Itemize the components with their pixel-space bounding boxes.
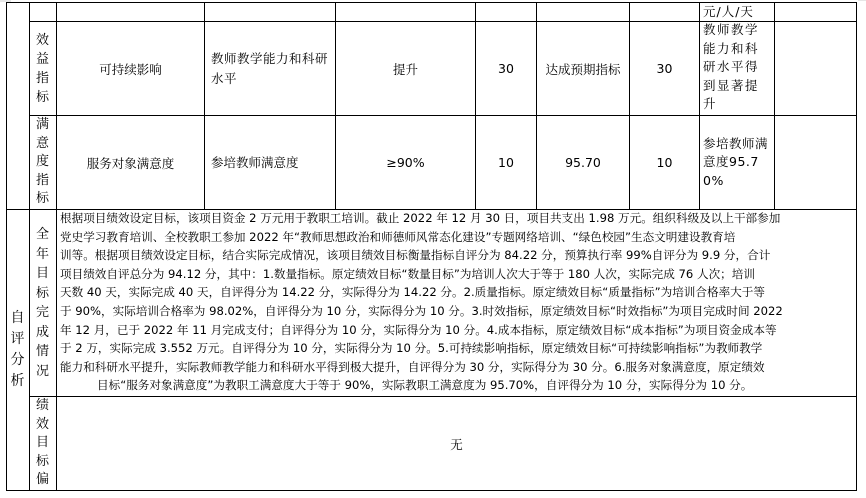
weight-cell: 30: [476, 22, 536, 115]
target-value-cell: ≥90%: [336, 116, 475, 209]
label-char: 情: [36, 342, 49, 362]
label-char: 目: [36, 434, 49, 453]
secondary-indicator-cell: 服务对象满意度: [57, 116, 204, 209]
page-corner-mark: [858, 0, 866, 1]
label-char: 分: [11, 350, 25, 371]
label-char: 标: [36, 453, 49, 472]
text-line: 于 2 万，实际完成 3.552 万元。自评得分为 10 分，实际得分为 10 …: [60, 339, 855, 358]
tertiary-indicator-cell: 参培教师满意度: [205, 116, 335, 209]
label-char: 况: [36, 362, 49, 382]
grid-line: [774, 2, 775, 209]
deviation-text: 无: [57, 397, 856, 490]
text-line: 天数 40 天，实际完成 40 天，自评得分为 14.22 分，实际得分为 14…: [60, 283, 855, 302]
label-char: 评: [11, 329, 25, 350]
text-line: 根据项目绩效设定目标，该项目资金 2 万元用于教职工培训。截止 2022 年 1…: [60, 209, 855, 228]
target-value-cell: 提升: [336, 22, 475, 115]
label-char: 全: [36, 225, 49, 245]
deviation-label: 绩 效 目 标 偏: [29, 397, 56, 490]
text-line: 于 90%，实际培训合格率为 98.02%，自评得分为 10 分，实际得分为 1…: [60, 302, 855, 321]
text-line: 项目绩效自评总分为 94.12 分，其中：1.数量指标。原定绩效目标“数量目标”…: [60, 265, 855, 284]
label-char: 标: [36, 284, 49, 304]
label-char: 成: [36, 323, 49, 343]
text-line: 目标“服务对象满意度”为教职工满意度大于等于 90%，实际教职工满意度为 95.…: [60, 376, 855, 395]
label-char: 完: [36, 303, 49, 323]
label-char: 绩: [36, 397, 49, 416]
label-char: 析: [11, 371, 25, 392]
secondary-indicator-cell: 可持续影响: [57, 22, 204, 115]
label-char: 标: [36, 190, 49, 209]
satisfaction-indicator-label: 满 意 度 指 标: [29, 116, 56, 209]
annual-completion-text: 根据项目绩效设定目标，该项目资金 2 万元用于教职工培训。截止 2022 年 1…: [60, 209, 855, 396]
remark-cell: 教师教学能力和科研水平得到显著提升: [703, 21, 771, 115]
label-char: 指: [36, 172, 49, 191]
label-char: 标: [36, 88, 49, 107]
text-line: 党史学习教育培训、全校教职工参加 2022 年“教师思想政治和师德师风常态化建设…: [60, 228, 855, 247]
label-char: 指: [36, 69, 49, 88]
grid-line: [856, 2, 857, 491]
actual-value-cell: 95.70: [537, 116, 629, 209]
text-line: 训等。根据项目绩效设定目标，结合实际完成情况，该项目绩效目标衡量指标自评分为 8…: [60, 246, 855, 265]
remark-cell-top: 元/人/天: [703, 3, 773, 21]
label-char: 年: [36, 245, 49, 265]
label-char: 益: [36, 50, 49, 69]
label-char: 偏: [36, 471, 49, 490]
grid-line: [6, 490, 857, 491]
label-char: 意: [36, 135, 49, 154]
benefit-indicator-label: 效 益 指 标: [29, 22, 56, 115]
label-char: 满: [36, 116, 49, 135]
label-char: 目: [36, 264, 49, 284]
label-char: 自: [11, 308, 25, 329]
label-char: 效: [36, 31, 49, 50]
tertiary-indicator-cell: 教师教学能力和科研水平: [205, 22, 335, 115]
score-cell: 10: [630, 116, 699, 209]
text-line: 能力和科研水平提升，实际教师教学能力和科研水平得到极大提升，自评得分为 30 分…: [60, 358, 855, 377]
label-char: 度: [36, 153, 49, 172]
weight-cell: 10: [476, 116, 536, 209]
label-char: 效: [36, 416, 49, 435]
self-evaluation-label: 自 评 分 析: [6, 210, 29, 490]
actual-value-cell: 达成预期指标: [537, 22, 629, 115]
remark-cell: 参培教师满意度95.70%: [703, 116, 771, 209]
annual-completion-label: 全 年 目 标 完 成 情 况: [29, 210, 56, 396]
score-cell: 30: [630, 22, 699, 115]
text-line: 年 12 月，已于 2022 年 11 月完成支付；自评得分为 10 分，实际得…: [60, 321, 855, 340]
grid-line: [699, 2, 700, 209]
